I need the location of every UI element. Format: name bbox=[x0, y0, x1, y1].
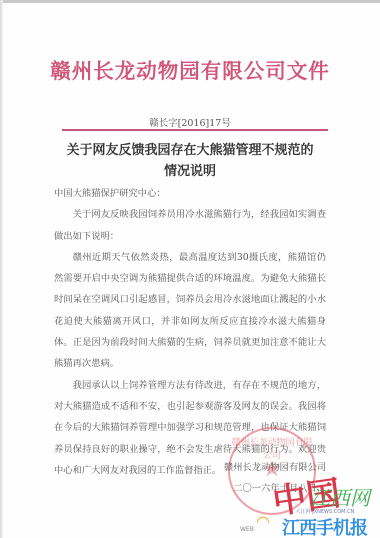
watermark-web-label: WEB bbox=[240, 526, 254, 533]
subject-line-2: 情况说明 bbox=[0, 161, 380, 182]
wifi-icon: ◠ bbox=[256, 512, 270, 531]
subject-line-1: 关于网友反馈我园存在大熊猫管理不规范的 bbox=[0, 140, 380, 161]
document-number: 赣长字[2016]17号 bbox=[0, 115, 380, 129]
document-subject: 关于网友反馈我园存在大熊猫管理不规范的 情况说明 bbox=[0, 140, 380, 182]
body-paragraph: 赣州近期天气依然炎热，最高温度达到30摄氏度，熊猫馆仍然需要开启中央空调为熊猫提… bbox=[54, 247, 326, 375]
watermark-mobile-news-logo: 江西手机报 bbox=[282, 514, 367, 538]
recipient-line: 中国大熊猫保护研究中心： bbox=[54, 183, 326, 204]
document-header-title: 赣州长龙动物园有限公司文件 bbox=[0, 54, 380, 84]
watermark-jiangxiwang-logo: 江西网 bbox=[310, 482, 370, 511]
header-red-rule bbox=[62, 129, 328, 131]
body-paragraph: 关于网友反映我园饲养员用冷水滋熊猫行为，经我园如实调查做出如下说明： bbox=[54, 204, 326, 247]
